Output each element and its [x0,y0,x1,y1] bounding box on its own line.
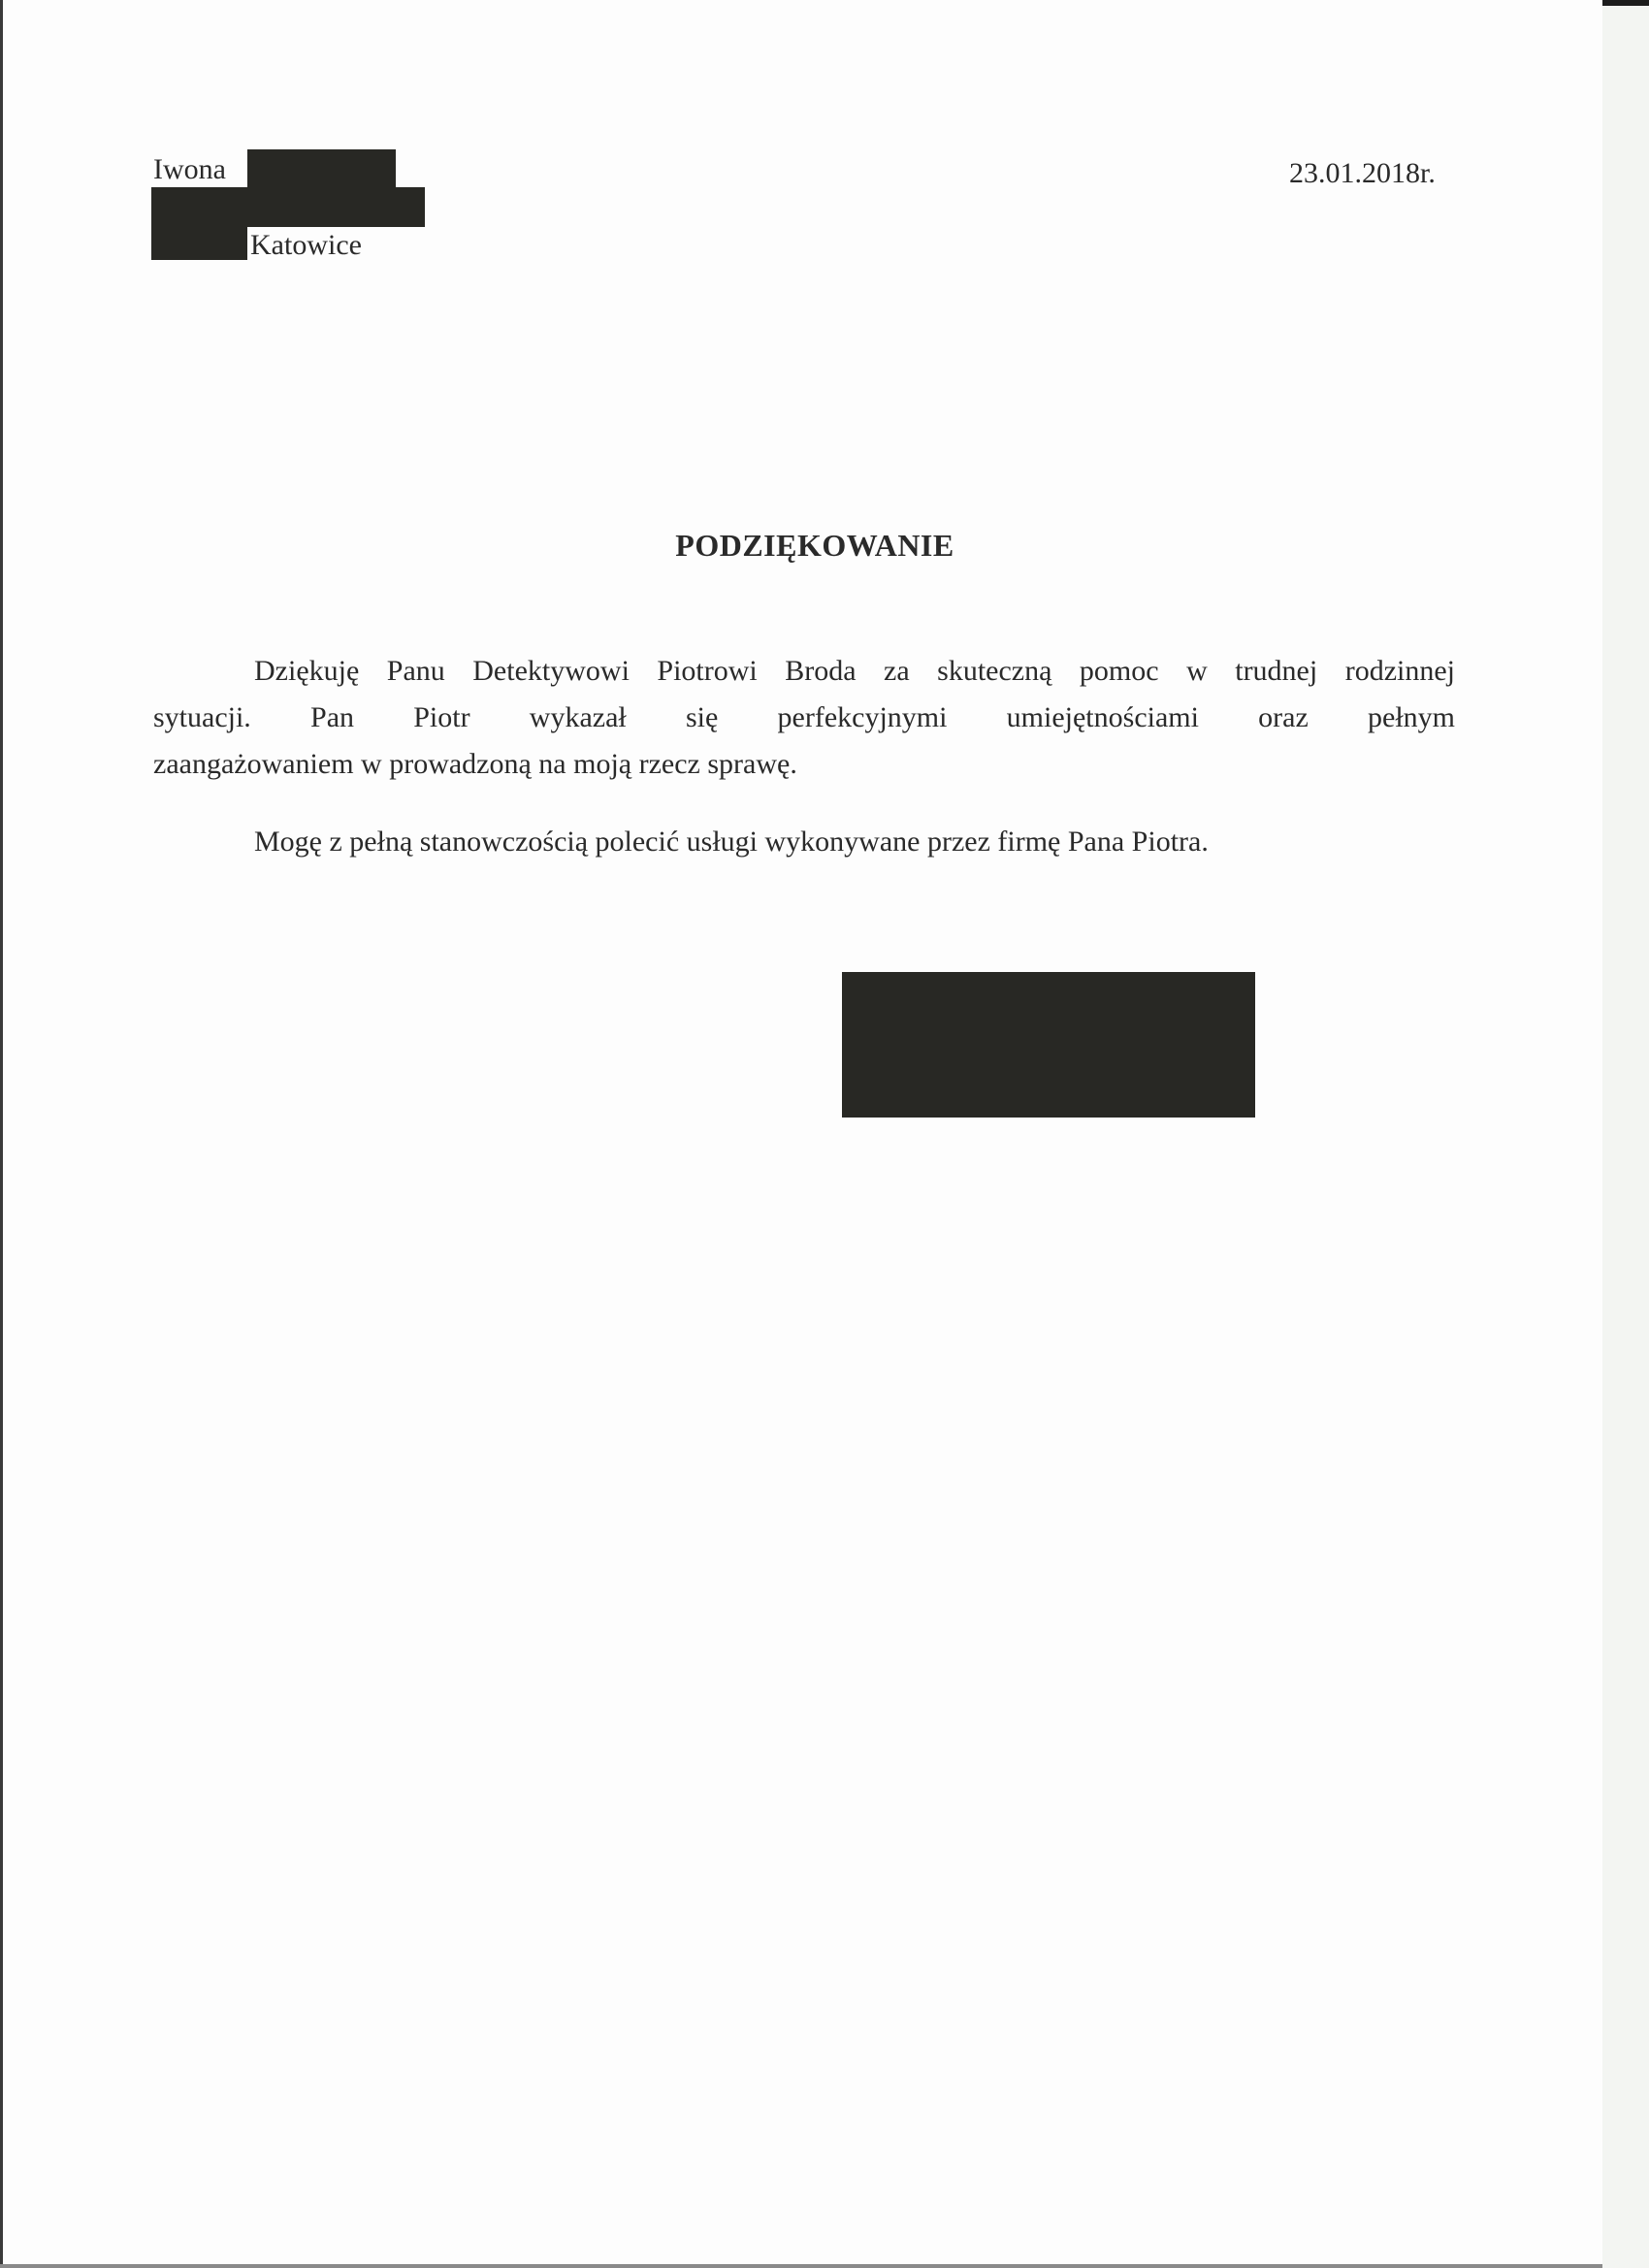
letter-date: 23.01.2018r. [1289,159,1436,188]
redaction-surname [247,149,396,188]
redaction-address-start [151,226,247,260]
paragraph-line: sytuacji. Pan Piotr wykazał się perfekcy… [153,695,1455,741]
letter-title: PODZIĘKOWANIE [0,530,1630,561]
sender-name: Iwona [153,155,226,184]
redaction-signature [842,972,1255,1118]
paragraph-line: zaangażowaniem w prowadzoną na moją rzec… [153,741,1455,788]
sender-city: Katowice [250,231,362,260]
scan-bottom-edge [0,2264,1602,2268]
body-paragraph-2: Mogę z pełną stanowczością polecić usług… [153,819,1455,865]
scan-top-bar [1602,0,1649,6]
paragraph-line: Mogę z pełną stanowczością polecić usług… [153,819,1455,865]
paragraph-line: Dziękuję Panu Detektywowi Piotrowi Broda… [153,648,1455,695]
scan-right-strip [1602,0,1649,2268]
body-paragraph-1: Dziękuję Panu Detektywowi Piotrowi Broda… [153,648,1455,788]
redaction-address [151,187,425,227]
scan-left-edge [0,0,3,2268]
